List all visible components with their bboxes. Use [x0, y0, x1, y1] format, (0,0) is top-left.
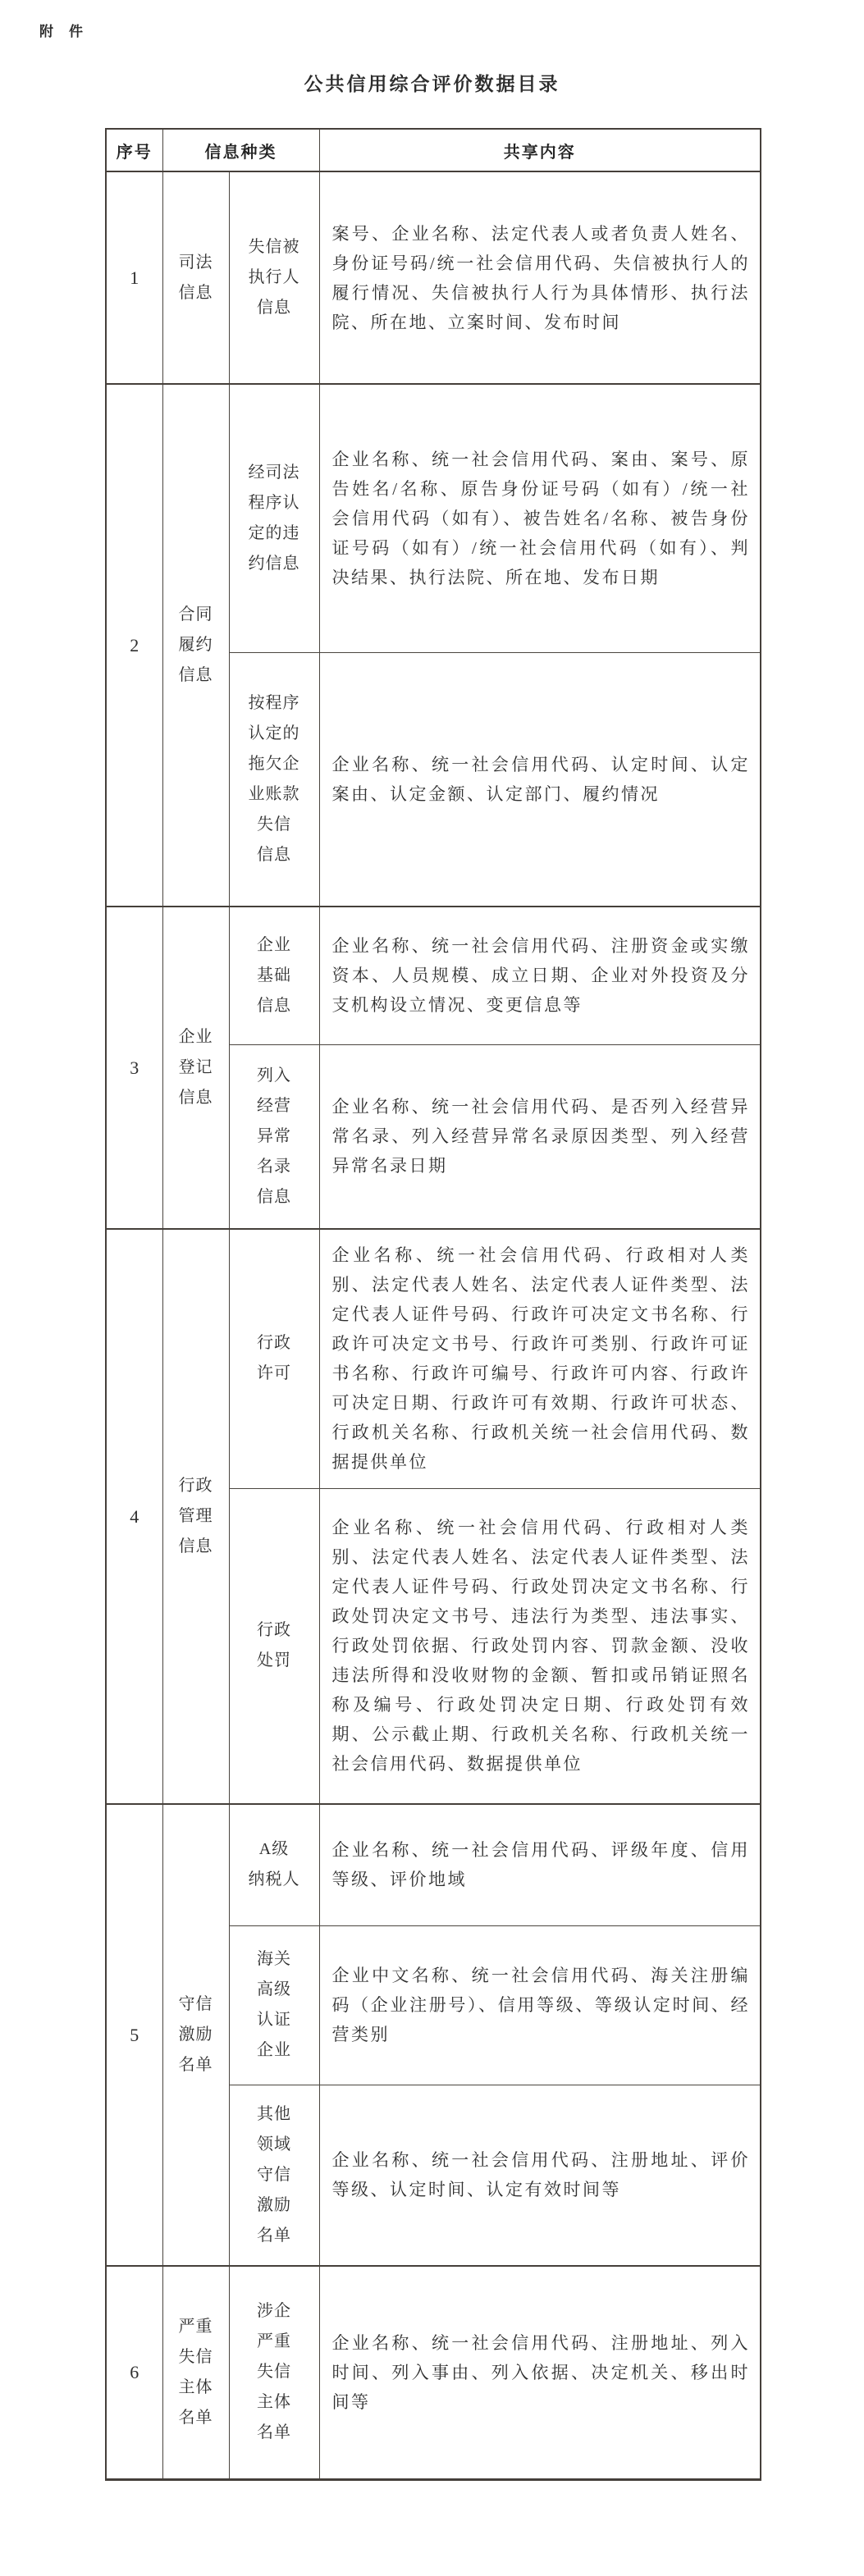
row-subcategory: 失信被 执行人 信息 — [229, 171, 319, 384]
header-content: 共享内容 — [319, 129, 761, 171]
table-row: 2合同 履约 信息经司法 程序认 定的违 约信息企业名称、统一社会信用代码、案由… — [106, 384, 761, 652]
row-content: 企业名称、统一社会信用代码、注册资金或实缴资本、人员规模、成立日期、企业对外投资… — [319, 907, 761, 1044]
row-subcategory: 企业 基础 信息 — [229, 907, 319, 1044]
row-subcategory: A级 纳税人 — [229, 1804, 319, 1925]
header-index: 序号 — [106, 129, 162, 171]
row-content: 企业名称、统一社会信用代码、行政相对人类别、法定代表人姓名、法定代表人证件类型、… — [319, 1488, 761, 1804]
header-type: 信息种类 — [162, 129, 319, 171]
row-content: 企业名称、统一社会信用代码、注册地址、评价等级、认定时间、认定有效时间等 — [319, 2085, 761, 2266]
row-category: 严重 失信 主体 名单 — [162, 2266, 229, 2479]
row-index: 6 — [106, 2266, 162, 2479]
row-content: 案号、企业名称、法定代表人或者负责人姓名、身份证号码/统一社会信用代码、失信被执… — [319, 171, 761, 384]
row-content: 企业名称、统一社会信用代码、认定时间、认定案由、认定金额、认定部门、履约情况 — [319, 652, 761, 907]
row-content: 企业名称、统一社会信用代码、注册地址、列入时间、列入事由、列入依据、决定机关、移… — [319, 2266, 761, 2479]
row-index: 2 — [106, 384, 162, 907]
row-index: 1 — [106, 171, 162, 384]
document-page: 附 件 公共信用综合评价数据目录 序号 信息种类 共享内容 1司法 信息失信被 … — [0, 0, 864, 2576]
row-subcategory: 行政 许可 — [229, 1229, 319, 1488]
row-subcategory: 列入 经营 异常 名录 信息 — [229, 1044, 319, 1229]
table-row: 3企业 登记 信息企业 基础 信息企业名称、统一社会信用代码、注册资金或实缴资本… — [106, 907, 761, 1044]
row-subcategory: 行政 处罚 — [229, 1488, 319, 1804]
row-content: 企业名称、统一社会信用代码、行政相对人类别、法定代表人姓名、法定代表人证件类型、… — [319, 1229, 761, 1488]
row-content: 企业中文名称、统一社会信用代码、海关注册编码（企业注册号）、信用等级、等级认定时… — [319, 1925, 761, 2085]
row-subcategory: 其他 领域 守信 激励 名单 — [229, 2085, 319, 2266]
row-subcategory: 按程序 认定的 拖欠企 业账款 失信 信息 — [229, 652, 319, 907]
table-row: 5守信 激励 名单A级 纳税人企业名称、统一社会信用代码、评级年度、信用等级、评… — [106, 1804, 761, 1925]
data-catalog-table: 序号 信息种类 共享内容 1司法 信息失信被 执行人 信息案号、企业名称、法定代… — [105, 128, 761, 2481]
row-category: 守信 激励 名单 — [162, 1804, 229, 2266]
row-content: 企业名称、统一社会信用代码、案由、案号、原告姓名/名称、原告身份证号码（如有）/… — [319, 384, 761, 652]
row-index: 3 — [106, 907, 162, 1229]
table-row: 1司法 信息失信被 执行人 信息案号、企业名称、法定代表人或者负责人姓名、身份证… — [106, 171, 761, 384]
table-row: 6严重 失信 主体 名单涉企 严重 失信 主体 名单企业名称、统一社会信用代码、… — [106, 2266, 761, 2479]
table-header-row: 序号 信息种类 共享内容 — [106, 129, 761, 171]
row-subcategory: 经司法 程序认 定的违 约信息 — [229, 384, 319, 652]
row-subcategory: 海关 高级 认证 企业 — [229, 1925, 319, 2085]
row-subcategory: 涉企 严重 失信 主体 名单 — [229, 2266, 319, 2479]
attachment-label: 附 件 — [39, 20, 84, 40]
row-content: 企业名称、统一社会信用代码、评级年度、信用等级、评价地域 — [319, 1804, 761, 1925]
row-category: 企业 登记 信息 — [162, 907, 229, 1229]
row-category: 司法 信息 — [162, 171, 229, 384]
row-content: 企业名称、统一社会信用代码、是否列入经营异常名录、列入经营异常名录原因类型、列入… — [319, 1044, 761, 1229]
row-category: 合同 履约 信息 — [162, 384, 229, 907]
row-index: 4 — [106, 1229, 162, 1804]
table-row: 4行政 管理 信息行政 许可企业名称、统一社会信用代码、行政相对人类别、法定代表… — [106, 1229, 761, 1488]
row-index: 5 — [106, 1804, 162, 2266]
page-title: 公共信用综合评价数据目录 — [0, 69, 864, 96]
row-category: 行政 管理 信息 — [162, 1229, 229, 1804]
